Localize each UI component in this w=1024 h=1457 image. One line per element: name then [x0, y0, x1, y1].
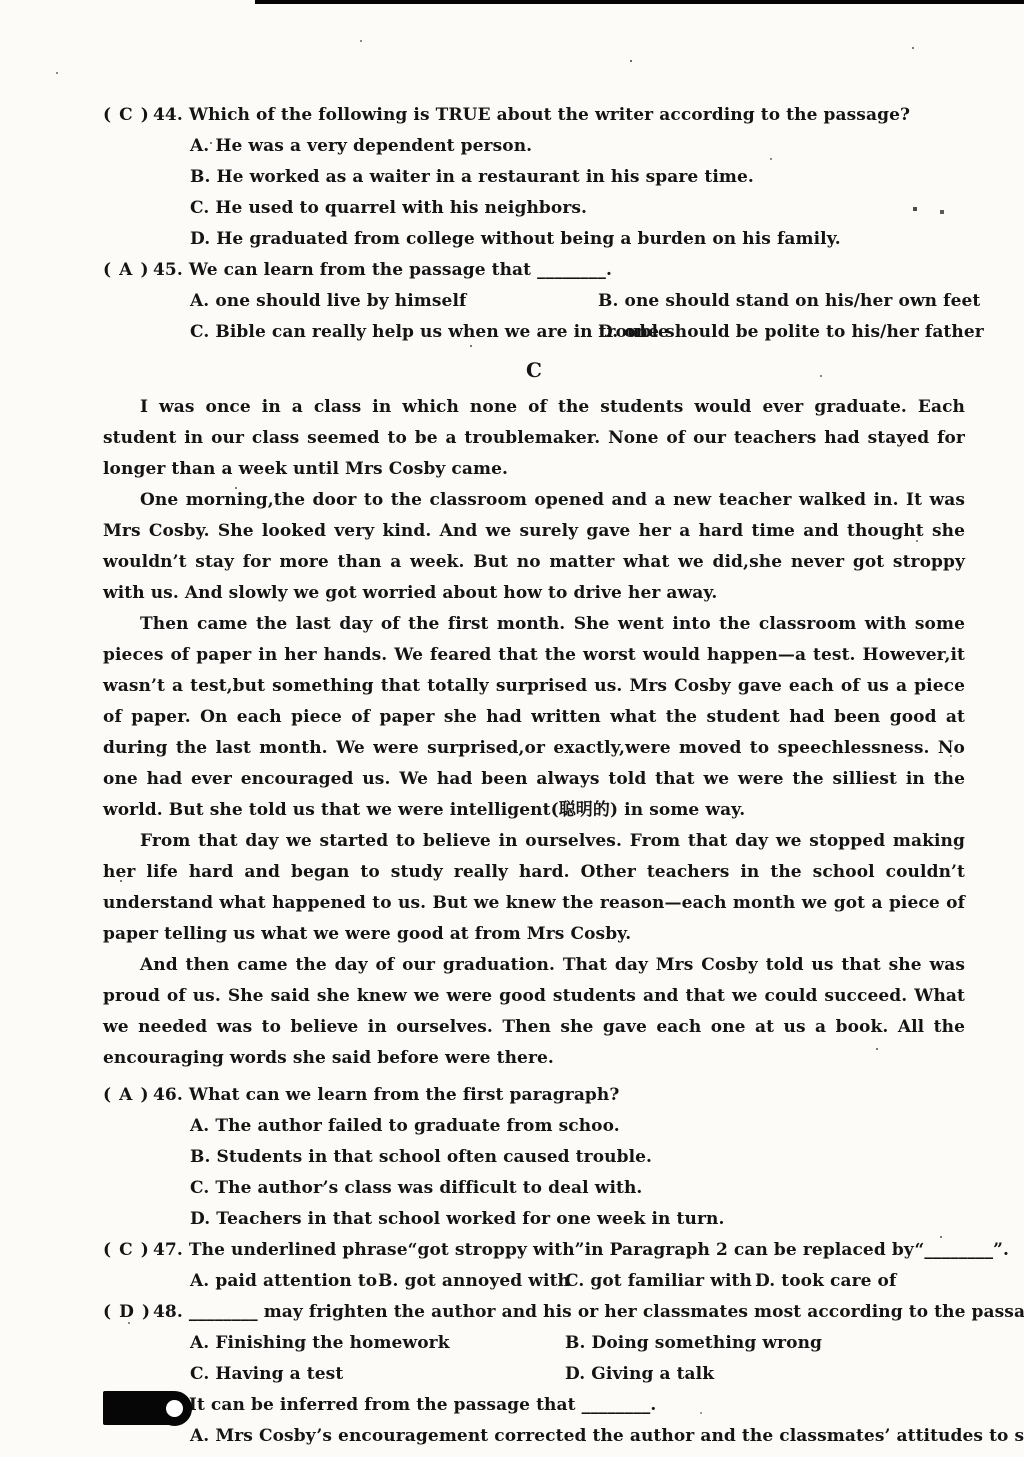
question-48-option-b: B. Doing something wrong	[565, 1328, 965, 1359]
question-46-stem: 46. What can we learn from the first par…	[153, 1085, 619, 1105]
question-44-option-a: A. He was a very dependent person.	[190, 131, 965, 162]
question-44-options: A. He was a very dependent person. B. He…	[103, 131, 965, 255]
scan-edge-line	[255, 0, 1024, 4]
question-45-stem: 45. We can learn from the passage that _…	[153, 260, 612, 280]
question-47-option-b: B. got annoyed with	[378, 1266, 565, 1297]
answer-marker-48: ( D )	[103, 1297, 153, 1328]
answer-marker-47: ( C )	[103, 1235, 153, 1266]
question-46-option-c: C. The author’s class was difficult to d…	[190, 1173, 965, 1204]
question-49: ( D )49. It can be inferred from the pas…	[103, 1390, 965, 1421]
question-49-option-a: A. Mrs Cosby’s encouragement corrected t…	[190, 1421, 965, 1452]
question-48-options: A. Finishing the homework B. Doing somet…	[103, 1328, 965, 1390]
question-47-options: A. paid attention to B. got annoyed with…	[103, 1266, 965, 1297]
passage-paragraph-2: One morning,the door to the classroom op…	[103, 485, 965, 609]
question-46-option-d: D. Teachers in that school worked for on…	[190, 1204, 965, 1235]
question-48-option-c: C. Having a test	[190, 1359, 565, 1390]
ink-ring-mark	[157, 1391, 192, 1426]
question-49-stem: 49. It can be inferred from the passage …	[153, 1395, 656, 1415]
question-45-option-c: C. Bible can really help us when we are …	[190, 317, 598, 348]
question-47-option-d: D. took care of	[755, 1266, 965, 1297]
question-46-options: A. The author failed to graduate from sc…	[103, 1111, 965, 1235]
question-47-option-c: C. got familiar with	[565, 1266, 755, 1297]
passage-paragraph-4: From that day we started to believe in o…	[103, 826, 965, 950]
passage-paragraph-1: I was once in a class in which none of t…	[103, 392, 965, 485]
question-47: ( C )47. The underlined phrase“got strop…	[103, 1235, 965, 1266]
question-47-stem: 47. The underlined phrase“got stroppy wi…	[153, 1240, 1009, 1260]
question-47-option-a: A. paid attention to	[190, 1266, 378, 1297]
question-44-option-d: D. He graduated from college without bei…	[190, 224, 965, 255]
scan-speckles	[0, 0, 2, 2]
question-48-option-d: D. Giving a talk	[565, 1359, 965, 1390]
question-48-stem: 48. ________ may frighten the author and…	[153, 1302, 1024, 1322]
question-48-option-a: A. Finishing the homework	[190, 1328, 565, 1359]
page-content: ( C )44. Which of the following is TRUE …	[103, 100, 965, 1452]
answer-marker-45: ( A )	[103, 255, 153, 286]
question-48: ( D )48. ________ may frighten the autho…	[103, 1297, 965, 1328]
question-44-option-b: B. He worked as a waiter in a restaurant…	[190, 162, 965, 193]
question-44-option-c: C. He used to quarrel with his neighbors…	[190, 193, 965, 224]
passage-paragraph-3: Then came the last day of the first mont…	[103, 609, 965, 826]
question-45: ( A )45. We can learn from the passage t…	[103, 255, 965, 286]
passage-paragraph-5: And then came the day of our graduation.…	[103, 950, 965, 1074]
question-45-option-d: D. one should be polite to his/her fathe…	[598, 317, 984, 348]
question-45-options: A. one should live by himself B. one sho…	[103, 286, 965, 348]
answer-marker-44: ( C )	[103, 100, 153, 131]
question-46-option-b: B. Students in that school often caused …	[190, 1142, 965, 1173]
question-45-option-a: A. one should live by himself	[190, 286, 598, 317]
question-44: ( C )44. Which of the following is TRUE …	[103, 100, 965, 131]
question-49-options: A. Mrs Cosby’s encouragement corrected t…	[103, 1421, 965, 1452]
section-heading: C	[103, 351, 965, 389]
question-44-stem: 44. Which of the following is TRUE about…	[153, 105, 910, 125]
question-46: ( A )46. What can we learn from the firs…	[103, 1080, 965, 1111]
answer-marker-46: ( A )	[103, 1080, 153, 1111]
question-45-option-b: B. one should stand on his/her own feet	[598, 286, 984, 317]
question-46-option-a: A. The author failed to graduate from sc…	[190, 1111, 965, 1142]
